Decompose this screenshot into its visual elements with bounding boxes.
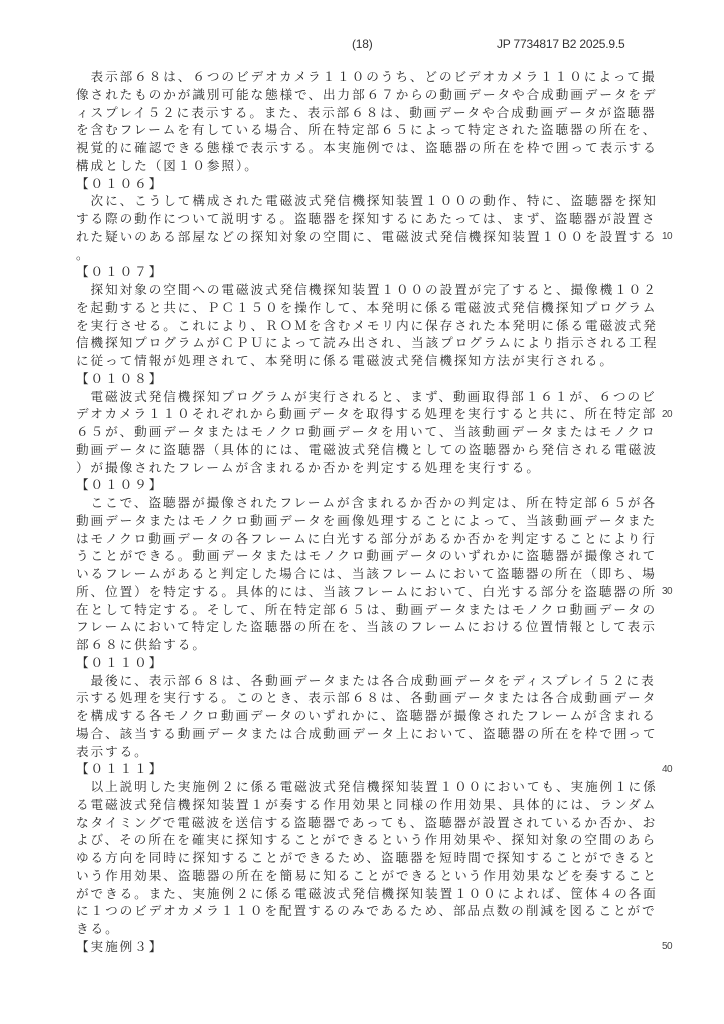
line-number: 20 — [662, 409, 672, 420]
text-line: 場合、該当する動画データまたは合成動画データ上において、盗聴器の所在を枠で囲って — [76, 725, 656, 743]
text-line: ここで、盗聴器が撮像されたフレームが含まれるか否かの判定は、所在特定部６５が各 — [76, 494, 656, 512]
text-line: 在として特定する。そして、所在特定部６５は、動画データまたはモノクロ動画データの — [76, 601, 656, 619]
paragraph-number: 【０１０９】 — [76, 476, 656, 494]
text-line: 部６８に供給する。 — [76, 636, 656, 654]
line-number: 10 — [662, 231, 672, 242]
text-line: はモノクロ動画データの各フレームに白光する部分があるか否かを判定することにより行 — [76, 530, 656, 548]
text-line: うことができる。動画データまたはモノクロ動画データのいずれかに盗聴器が撮像されて — [76, 547, 656, 565]
page-number: (18) — [352, 37, 373, 51]
text-line: ６５が、動画データまたはモノクロ動画データを用いて、当該動画データまたはモノクロ — [76, 423, 656, 441]
text-line: よび、その所在を確実に探知することができるという作用効果や、探知対象の空間のあら — [76, 831, 656, 849]
text-line: 視覚的に確認できる態様で表示する。本実施例では、盗聴器の所在を枠で囲って表示する — [76, 139, 656, 157]
text-line: 像されたものかが識別可能な態様で、出力部６７からの動画データや合成動画データをデ — [76, 86, 656, 104]
paragraph-number: 【０１０８】 — [76, 370, 656, 388]
paragraph-number: 【０１０７】 — [76, 263, 656, 281]
text-line: 表示部６８は、６つのビデオカメラ１１０のうち、どのビデオカメラ１１０によって撮 — [76, 68, 656, 86]
text-line: デオカメラ１１０それぞれから動画データを取得する処理を実行すると共に、所在特定部 — [76, 405, 656, 423]
text-line: 最後に、表示部６８は、各動画データまたは各合成動画データをディスプレイ５２に表 — [76, 672, 656, 690]
text-line: 次に、こうして構成された電磁波式発信機探知装置１００の動作、特に、盗聴器を探知 — [76, 192, 656, 210]
document-body: 表示部６８は、６つのビデオカメラ１１０のうち、どのビデオカメラ１１０によって撮 … — [76, 68, 656, 956]
document-id: JP 7734817 B2 2025.9.5 — [497, 37, 625, 51]
text-line: 動画データまたはモノクロ動画データを画像処理することによって、当該動画データまた — [76, 512, 656, 530]
text-line: きる。 — [76, 920, 656, 938]
text-line: 以上説明した実施例２に係る電磁波式発信機探知装置１００においても、実施例１に係 — [76, 778, 656, 796]
text-line: いるフレームがあると判定した場合には、当該フレームにおいて盗聴器の所在（即ち、場 — [76, 565, 656, 583]
text-line: 示する処理を実行する。このとき、表示部６８は、各動画データまたは各合成動画データ — [76, 689, 656, 707]
text-line: を起動すると共に、ＰＣ１５０を操作して、本発明に係る電磁波式発信機探知プログラム — [76, 299, 656, 317]
text-line: を含むフレームを有している場合、所在特定部６５によって特定された盗聴器の所在を、 — [76, 121, 656, 139]
line-number: 40 — [662, 764, 672, 775]
text-line: 構成とした（図１０参照）。 — [76, 157, 656, 175]
text-line: を実行させる。これにより、ＲＯＭを含むメモリ内に保存された本発明に係る電磁波式発 — [76, 317, 656, 335]
text-line: フレームにおいて特定した盗聴器の所在を、当該のフレームにおける位置情報として表示 — [76, 618, 656, 636]
text-line: 探知対象の空間への電磁波式発信機探知装置１００の設置が完了すると、撮像機１０２ — [76, 281, 656, 299]
text-line: ゆる方向を同時に探知することができるため、盗聴器を短時間で探知することができると — [76, 849, 656, 867]
line-number: 50 — [662, 941, 672, 952]
section-heading: 【実施例３】 — [76, 938, 656, 956]
text-line: 。 — [76, 246, 656, 264]
text-line: る電磁波式発信機探知装置１が奏する作用効果と同様の作用効果、具体的には、ランダム — [76, 796, 656, 814]
line-number: 30 — [662, 586, 672, 597]
text-line: ィスプレイ５２に表示する。また、表示部６８は、動画データや合成動画データが盗聴器 — [76, 104, 656, 122]
text-line: に従って情報が処理されて、本発明に係る電磁波式発信機探知方法が実行される。 — [76, 352, 656, 370]
text-line: を構成する各モノクロ動画データのいずれかに、盗聴器が撮像されたフレームが含まれる — [76, 707, 656, 725]
text-line: ）が撮像されたフレームが含まれるか否かを判定する処理を実行する。 — [76, 459, 656, 477]
text-line: 所、位置）を特定する。具体的には、当該フレームにおいて、白光する部分を盗聴器の所 — [76, 583, 656, 601]
text-line: 電磁波式発信機探知プログラムが実行されると、まず、動画取得部１６１が、６つのビ — [76, 388, 656, 406]
text-line: いう作用効果、盗聴器の所在を簡易に知ることができるという作用効果などを奏すること — [76, 867, 656, 885]
text-line: 動画データに盗聴器（具体的には、電磁波式発信機としての盗聴器から発信される電磁波 — [76, 441, 656, 459]
text-line: する際の動作について説明する。盗聴器を探知するにあたっては、まず、盗聴器が設置さ — [76, 210, 656, 228]
text-line: ができる。また、実施例２に係る電磁波式発信機探知装置１００によれば、筐体４の各面 — [76, 885, 656, 903]
paragraph-number: 【０１１１】 — [76, 760, 656, 778]
text-line: 信機探知プログラムがＣＰＵによって読み出され、当該プログラムにより指示される工程 — [76, 334, 656, 352]
text-line: に１つのビデオカメラ１１０を配置するのみであるため、部品点数の削減を図ることがで — [76, 902, 656, 920]
paragraph-number: 【０１１０】 — [76, 654, 656, 672]
text-line: 表示する。 — [76, 743, 656, 761]
text-line: なタイミングで電磁波を送信する盗聴器であっても、盗聴器が設置されているか否か、お — [76, 814, 656, 832]
text-line: れた疑いのある部屋などの探知対象の空間に、電磁波式発信機探知装置１００を設置する — [76, 228, 656, 246]
paragraph-number: 【０１０６】 — [76, 175, 656, 193]
